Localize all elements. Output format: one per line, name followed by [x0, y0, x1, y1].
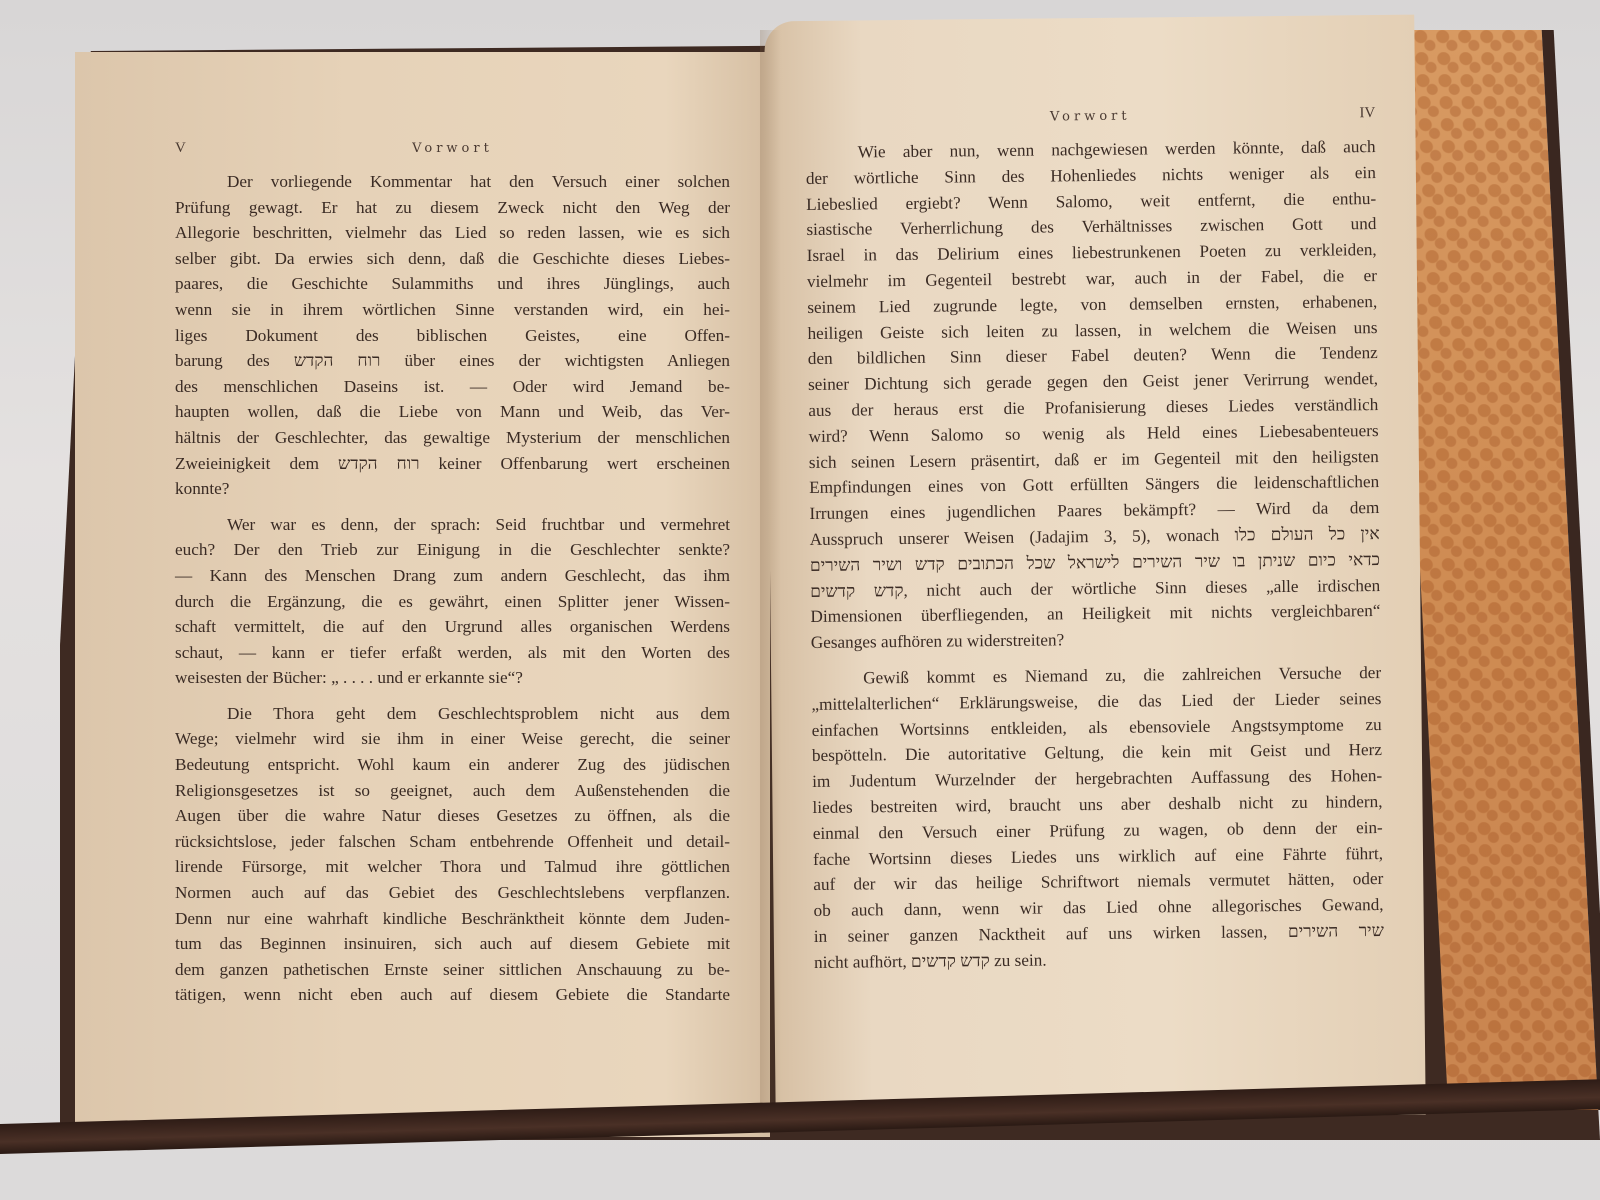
paragraph-gap [175, 691, 730, 701]
text-line: rücksichtslose, jeder falschen Scham ent… [175, 829, 730, 855]
text-line: Der vorliegende Kommentar hat den Versuc… [175, 169, 730, 195]
text-line: lirende Fürsorge, mit welcher Thora und … [175, 854, 730, 880]
right-page-body: Wie aber nun, wenn nachgewiesen werden k… [806, 134, 1385, 975]
text-line: euch? Der den Trieb zur Einigung in die … [175, 537, 730, 563]
text-line: hältnis der Geschlechter, das gewaltige … [175, 425, 730, 451]
text-line: weisesten der Bücher: „ . . . . und er e… [175, 665, 730, 691]
text-line: paares, die Geschichte Sulammiths und ih… [175, 271, 730, 297]
text-line: konnte? [175, 476, 730, 502]
text-line: des menschlichen Daseins ist. — Oder wir… [175, 374, 730, 400]
text-line: wenn sie in ihrem wörtlichen Sinne verst… [175, 297, 730, 323]
text-line: Allegorie beschritten, vielmehr das Lied… [175, 220, 730, 246]
text-line: Religionsgesetzes ist so geeignet, auch … [175, 778, 730, 804]
right-page: IV Vorwort IV Wie aber nun, wenn nachgew… [764, 15, 1425, 1122]
left-page-body: Der vorliegende Kommentar hat den Versuc… [175, 169, 730, 1008]
left-running-head: Vorwort [186, 141, 719, 156]
right-page-number: IV [1359, 105, 1375, 122]
text-line: Die Thora geht dem Geschlechtsproblem ni… [175, 701, 730, 727]
text-line: Normen auch auf das Gebiet des Geschlech… [175, 880, 730, 906]
left-page-header: V Vorwort V [175, 140, 730, 157]
text-line: Wege; vielmehr wird sie ihm in einer Wei… [175, 726, 730, 752]
text-line: — Kann des Menschen Drang zum andern Ges… [175, 563, 730, 589]
photo-scene: V Vorwort V Der vorliegende Kommentar ha… [0, 0, 1600, 1200]
text-line: liges Dokument des biblischen Geistes, e… [175, 323, 730, 349]
text-line: barung des רוח הקדש über eines der wicht… [175, 348, 730, 374]
left-page: V Vorwort V Der vorliegende Kommentar ha… [75, 52, 770, 1137]
text-line: dem ganzen pathetischen Ernste seiner si… [175, 957, 730, 983]
text-line: schaut, — kann er tiefer erfaßt werden, … [175, 640, 730, 666]
paragraph-gap [175, 502, 730, 512]
text-line: schaft vermittelt, die auf den Urgrund a… [175, 614, 730, 640]
text-line: tum das Beginnen insinuiren, sich auch a… [175, 931, 730, 957]
text-line: Zweieinigkeit dem רוח הקדש keiner Offenb… [175, 451, 730, 477]
text-line: nicht aufhört, קדש קדשים zu sein. [814, 944, 1384, 976]
text-line: Prüfung gewagt. Er hat zu diesem Zweck n… [175, 195, 730, 221]
text-line: Denn nur eine wahrhaft kindliche Beschrä… [175, 906, 730, 932]
gutter-shadow [760, 30, 790, 1130]
text-line: Augen über die wahre Natur dieses Gesetz… [175, 803, 730, 829]
text-line: tätigen, wenn nicht eben auch auf diesem… [175, 982, 730, 1008]
right-page-header: IV Vorwort IV [805, 105, 1375, 128]
left-page-number: V [175, 140, 186, 157]
text-line: Bedeutung entspricht. Wohl kaum ein ande… [175, 752, 730, 778]
text-line: Wer war es denn, der sprach: Seid frucht… [175, 512, 730, 538]
text-line: selber gibt. Da erwies sich denn, daß di… [175, 246, 730, 272]
right-running-head: Vorwort [821, 106, 1359, 127]
text-line: durch die Ergänzung, die es gewährt, ein… [175, 589, 730, 615]
text-line: haupten wollen, daß die Liebe von Mann u… [175, 399, 730, 425]
